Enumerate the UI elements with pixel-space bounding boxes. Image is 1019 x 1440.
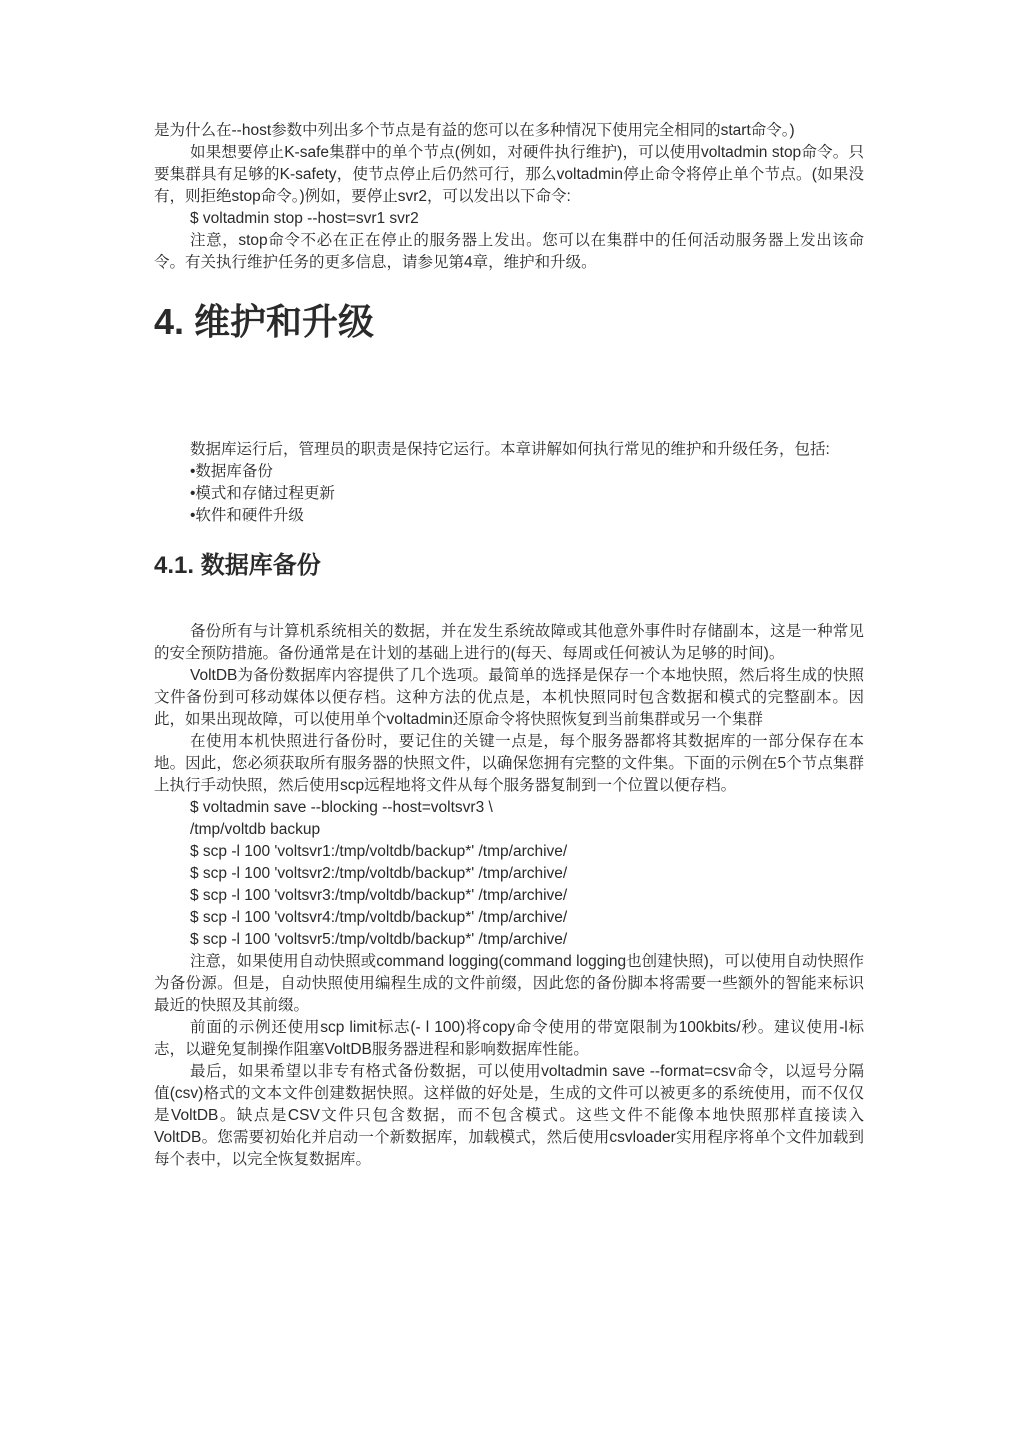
- chapter-title: 4. 维护和升级: [154, 300, 864, 344]
- code-line: $ voltadmin stop --host=svr1 svr2: [154, 208, 864, 230]
- bullet-item: •模式和存储过程更新: [154, 483, 864, 505]
- section-title: 4.1. 数据库备份: [154, 551, 864, 581]
- paragraph: VoltDB为备份数据库内容提供了几个选项。最简单的选择是保存一个本地快照，然后…: [154, 665, 864, 731]
- paragraph: 在使用本机快照进行备份时，要记住的关键一点是，每个服务器都将其数据库的一部分保存…: [154, 731, 864, 797]
- paragraph: 前面的示例还使用scp limit标志(- l 100)将copy命令使用的带宽…: [154, 1017, 864, 1061]
- code-line: /tmp/voltdb backup: [154, 819, 864, 841]
- paragraph: 注意，如果使用自动快照或command logging(command logg…: [154, 951, 864, 1017]
- code-line: $ scp -l 100 'voltsvr2:/tmp/voltdb/backu…: [154, 863, 864, 885]
- paragraph: 备份所有与计算机系统相关的数据，并在发生系统故障或其他意外事件时存储副本，这是一…: [154, 621, 864, 665]
- code-line: $ scp -l 100 'voltsvr3:/tmp/voltdb/backu…: [154, 885, 864, 907]
- code-line: $ scp -l 100 'voltsvr4:/tmp/voltdb/backu…: [154, 907, 864, 929]
- bullet-item: •软件和硬件升级: [154, 505, 864, 527]
- paragraph: 数据库运行后，管理员的职责是保持它运行。本章讲解如何执行常见的维护和升级任务，包…: [154, 439, 864, 461]
- code-line: $ voltadmin save --blocking --host=volts…: [154, 797, 864, 819]
- bullet-item: •数据库备份: [154, 461, 864, 483]
- code-line: $ scp -l 100 'voltsvr5:/tmp/voltdb/backu…: [154, 929, 864, 951]
- paragraph: 是为什么在--host参数中列出多个节点是有益的您可以在多种情况下使用完全相同的…: [154, 120, 864, 142]
- code-line: $ scp -l 100 'voltsvr1:/tmp/voltdb/backu…: [154, 841, 864, 863]
- document-page: 是为什么在--host参数中列出多个节点是有益的您可以在多种情况下使用完全相同的…: [154, 120, 864, 1171]
- paragraph: 如果想要停止K-safe集群中的单个节点(例如，对硬件执行维护)，可以使用vol…: [154, 142, 864, 208]
- paragraph: 最后，如果希望以非专有格式备份数据，可以使用voltadmin save --f…: [154, 1061, 864, 1171]
- paragraph: 注意，stop命令不必在正在停止的服务器上发出。您可以在集群中的任何活动服务器上…: [154, 230, 864, 274]
